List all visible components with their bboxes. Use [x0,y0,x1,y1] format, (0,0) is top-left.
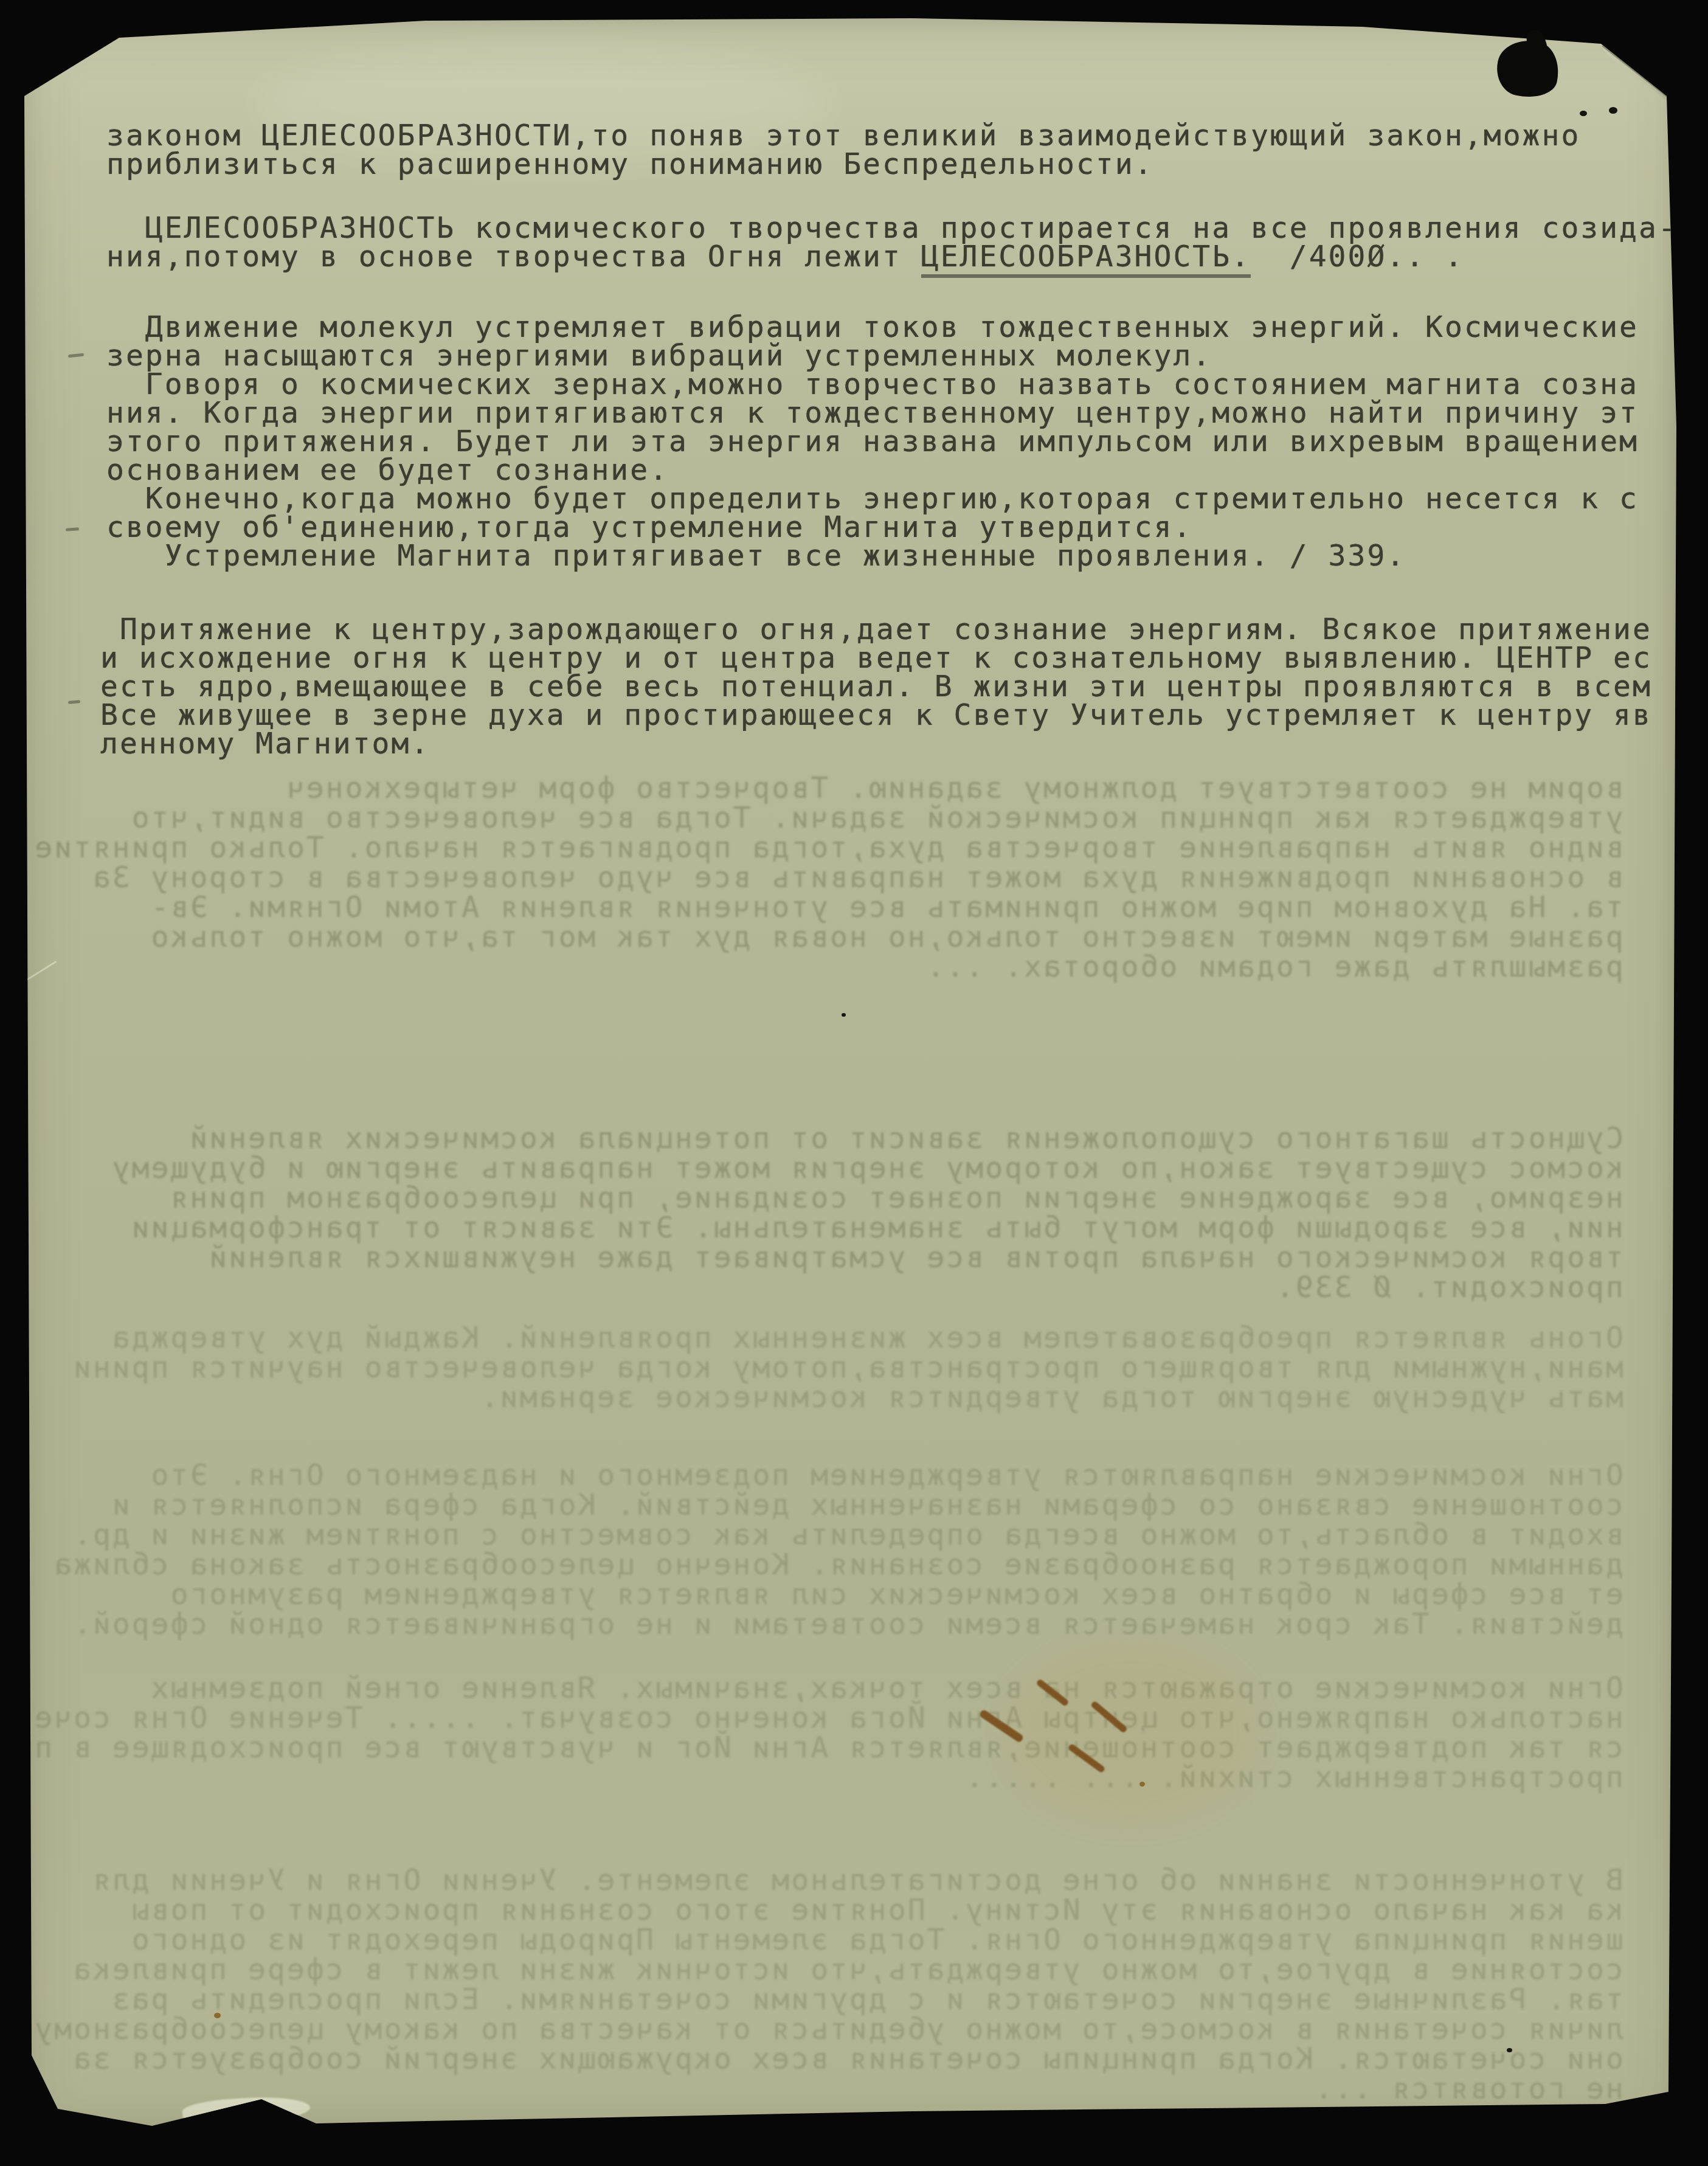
rust-dot [1139,1782,1145,1787]
typed-line: Конечно,когда можно будет определить эне… [106,485,1639,513]
bleedthrough-line: личия сочетания в космосе,то можно убеди… [79,2015,1623,2044]
bleedthrough-line [79,2104,1623,2134]
bleedthrough-line: входит в область,то можно всегда определ… [79,1520,1623,1550]
bleedthrough-line: тая. Различные энергии сочетаются и с др… [79,1985,1623,2015]
typed-line: ЦЕЛЕСООБРАЗНОСТЬ космического творчества… [106,214,1678,243]
bleedthrough-line: творя космического начала против все усм… [79,1243,1623,1273]
left-edge-crease [20,961,57,985]
typed-line: этого притяжения. Будет ли эта энергия н… [106,427,1639,456]
bleedthrough-paragraph-3: Огонь является преобразователем всех жиз… [79,1323,1623,1472]
bleedthrough-line: соотношение связано со сферами назначенн… [79,1490,1623,1520]
typed-line: Устремление Магнита притягивает все жизн… [106,542,1639,570]
line-segment: ния,потому в основе творчества Огня лежи… [106,240,921,274]
bleedthrough-line: происходит. Ø 339. [79,1273,1623,1303]
bleedthrough-line: нии, все зародыши форм могут быть знамен… [79,1213,1623,1243]
ink-speck [842,1013,846,1017]
bleedthrough-line: ворим не соответствует должному заданию.… [79,773,1623,803]
typed-line: законом ЦЕЛЕСООБРАЗНОСТИ,то поняв этот в… [106,122,1580,150]
bleedthrough-line: видно явить направление творчества духа,… [79,833,1623,863]
underlined-word: ЦЕЛЕСООБРАЗНОСТЬ. [921,240,1251,278]
bleedthrough-line: не готовятся ... [79,2074,1623,2104]
typed-line: Движение молекул устремляет вибрации ток… [106,313,1639,342]
bleedthrough-line: Огни космические направляются утверждени… [79,1461,1623,1490]
typed-paragraph-3: Движение молекул устремляет вибрации ток… [106,313,1639,570]
bleedthrough-line: в основании продвижения духа может напра… [79,863,1623,893]
line-segment: /400Ø.. . [1251,240,1464,274]
pencil-margin-dash [68,700,80,704]
bleedthrough-line: они сочетаются. Когда принципы сочетания… [79,2044,1623,2074]
ink-speck [1580,111,1587,116]
bleedthrough-line: шения принципа утвержденного Огня. Тогда… [79,1925,1623,1955]
pencil-margin-dash [66,527,79,531]
bleedthrough-line: та. На духовном пире можно принимать все… [79,893,1623,922]
typed-line: Притяжение к центру,зарождающего огня,да… [100,615,1652,644]
rust-dot [214,2013,221,2018]
pencil-margin-dash [68,353,84,358]
bleedthrough-line: Сущность шагатного сущоположения зависит… [79,1124,1623,1154]
bleedthrough-paragraph-4: Огни космические направляются утверждени… [79,1461,1623,1639]
bleedthrough-paragraph-2: Сущность шагатного сущоположения зависит… [79,1124,1623,1303]
bleedthrough-line: размышлять даже годами оборотах. ... [79,952,1623,982]
typed-line: ленному Магнитом. [100,730,1652,758]
ink-speck [1507,2048,1512,2052]
bleedthrough-paragraph-6: В утонченности знании об огне достигател… [79,1866,1623,2134]
bleedthrough-line: пространственных стихий. ... ..... [79,1763,1623,1793]
bleedthrough-line: незримо, все зарождение энергии познает … [79,1183,1623,1213]
typed-paragraph-4: Притяжение к центру,зарождающего огня,да… [100,615,1652,758]
bleedthrough-line: утверждается как принцип космической зад… [79,803,1623,833]
typed-line: есть ядро,вмещающее в себе весь потенциа… [100,673,1652,701]
bleedthrough-line: космос существует закон,по которому энер… [79,1154,1623,1183]
bleedthrough-line: мани,нужными для творящего пространства,… [79,1353,1623,1383]
bleedthrough-paragraph-5: Огни космические отражаются на всех точк… [79,1673,1623,1793]
bleedthrough-line: разные матери имеют известно только,но н… [79,922,1623,952]
bleedthrough-line: мать чудесную энергию тогда утвердится к… [79,1383,1623,1413]
typed-line: зерна насыщаются энергиями вибраций устр… [106,342,1639,370]
corner-crease-line [1602,45,1667,97]
typed-line: ния,потому в основе творчества Огня лежи… [106,243,1678,271]
typed-line: и исхождение огня к центру и от центра в… [100,644,1652,673]
bleedthrough-line: Огонь является преобразователем всех жиз… [79,1323,1623,1353]
bleedthrough-line: действия. Так срок намечается всеми соот… [79,1610,1623,1639]
bleedthrough-line: В утонченности знании об огне достигател… [79,1866,1623,1895]
bleedthrough-line: ка как начало основания эту Истину. Поня… [79,1895,1623,1925]
typed-paragraph-1: законом ЦЕЛЕСООБРАЗНОСТИ,то поняв этот в… [106,122,1580,179]
bleedthrough-line: ет все сферы и обратно всех космических … [79,1580,1623,1610]
bleedthrough-line: данными порождается разнообразие сознани… [79,1550,1623,1580]
bleedthrough-line: состояние в другое,то можно утверждать,ч… [79,1955,1623,1985]
scan-canvas: законом ЦЕЛЕСООБРАЗНОСТИ,то поняв этот в… [0,0,1708,2166]
bleedthrough-line: настолько напряжено,что центры Агни Йога… [79,1703,1623,1733]
typed-line: ния. Когда энергии притягиваются к тожде… [106,399,1639,427]
ink-speck [1609,107,1617,114]
bleedthrough-line [79,1413,1623,1442]
typed-line: своему об'единению,тогда устремление Маг… [106,513,1639,542]
typed-line: приблизиться к расширенному пониманию Бе… [106,150,1580,179]
bleedthrough-paragraph-1: ворим не соответствует должному заданию.… [79,773,1623,982]
bleedthrough-line: Огни космические отражаются на всех точк… [79,1673,1623,1703]
typed-paragraph-2: ЦЕЛЕСООБРАЗНОСТЬ космического творчества… [106,214,1678,271]
paper-sheet: законом ЦЕЛЕСООБРАЗНОСТИ,то поняв этот в… [0,0,1708,2166]
bleedthrough-line: ся так подтверждает соотношение,является… [79,1733,1623,1763]
typed-line: Говоря о космических зернах,можно творче… [106,370,1639,399]
typed-line: Все живущее в зерне духа и простирающеес… [100,701,1652,730]
typed-line: основанием ее будет сознание. [106,456,1639,485]
